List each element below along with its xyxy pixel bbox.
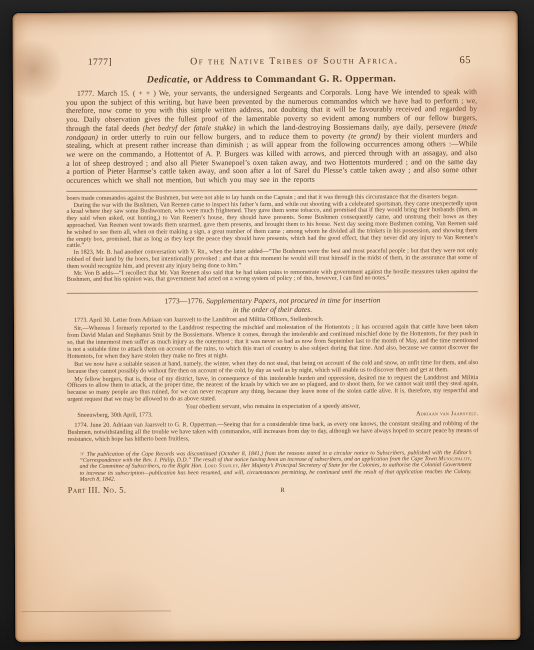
supplementary-heading: 1773—1776. Supplementary Papers, not pro… — [67, 296, 478, 315]
dedication-body-paragraph: 1777. March 15. ( + + ) We, your servant… — [66, 88, 477, 186]
footnote-paragraph: During the war with the Bushmen, Van Ree… — [66, 201, 477, 250]
signature-row: Sneeuwberg, 30th April, 1773. Adriaan va… — [67, 411, 478, 420]
dedication-title: Dedicatie, or Address to Commandant G. R… — [66, 73, 477, 86]
footnote-paragraph: Mr. Von B adds—“I recollect that Mr. Van… — [67, 269, 478, 284]
supplementary-paragraph: But we now have a suitable season at han… — [67, 360, 478, 376]
supplementary-paragraph-1774: 1774. June 20. Adriaan van Jaarsvelt to … — [67, 421, 478, 444]
page-number: 65 — [431, 55, 471, 66]
supplementary-heading-line2: in the order of their dates. — [67, 305, 478, 315]
printer-signature-mark: R — [126, 486, 478, 495]
publication-notice: ☞The publication of the Cape Records was… — [80, 450, 472, 483]
header-year: 1777] — [88, 57, 158, 67]
signature: Adriaan van Jaarsvelt. — [416, 411, 478, 418]
section-separator-rule — [67, 291, 478, 294]
footnote-separator-rule — [66, 189, 477, 192]
running-title: Of the Native Tribes of South Africa. — [158, 55, 431, 67]
supplementary-paragraph: Sir,—Whereas I formerly reported to the … — [67, 324, 478, 360]
page-fold-crease — [21, 610, 171, 638]
page-footer: Part III. No. 5. R — [68, 483, 479, 495]
supplementary-paragraph: My fellow burgers, that is, those of my … — [67, 375, 478, 404]
page-header: 1777] Of the Native Tribes of South Afri… — [66, 55, 477, 68]
footnote-paragraph: In 1823, Mr. B. had another conversation… — [67, 248, 478, 270]
scanned-page: 1777] Of the Native Tribes of South Afri… — [13, 11, 521, 642]
place-date: Sneeuwberg, 30th April, 1773. — [67, 413, 152, 420]
part-number: Part III. No. 5. — [68, 485, 127, 495]
page-content: 1777] Of the Native Tribes of South Afri… — [13, 11, 520, 495]
footnote-block: boers made commandos against the Bushmen… — [66, 194, 477, 284]
supplementary-block: 1773. April 30. Letter from Adriaan van … — [67, 316, 479, 443]
publication-notice-text: The publication of the Cape Records was … — [80, 450, 472, 483]
